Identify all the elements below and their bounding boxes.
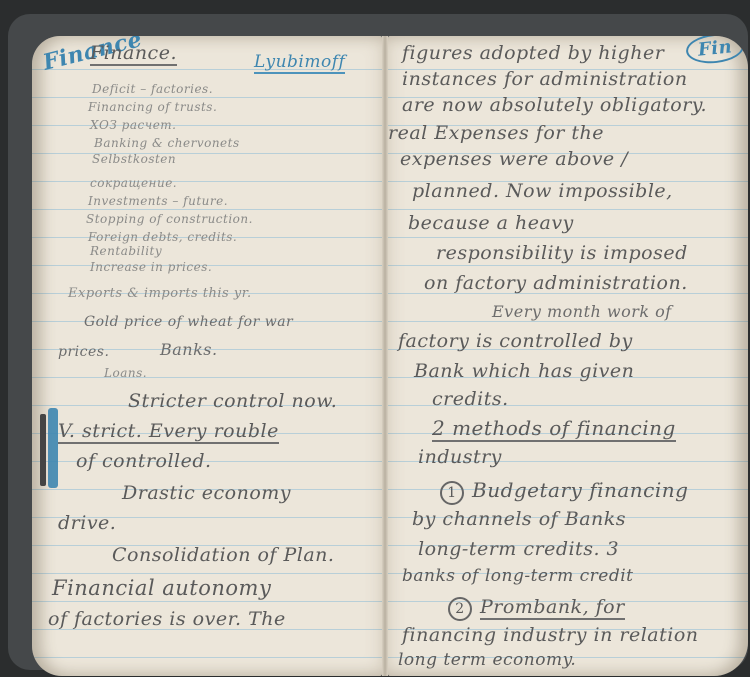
note-line: figures adopted by higher [402,42,664,64]
note-line: Financial autonomy [52,576,271,600]
note-line: because a heavy [408,212,574,234]
note-line: real Expenses for the [388,122,604,144]
note-line-part: V. strict. Every rouble [58,420,279,444]
numbered-item-text: Prombank, for [480,596,625,620]
note-line: Stricter control now. [128,390,337,412]
circled-number: 1 [440,481,464,505]
note-line: of controlled. [76,450,212,472]
topic-item: Financing of trusts. [88,100,217,114]
note-line: Gold price of wheat for war [84,314,293,330]
circled-number: 2 [448,597,472,621]
numbered-item: 2Prombank, for [448,596,625,621]
topic-item: Stopping of construction. [86,212,253,226]
topic-item: Rentability [90,244,162,258]
note-line: are now absolutely obligatory. [402,94,707,116]
topic-item: Banking & chervonets [94,136,240,150]
corner-tag: Fin [684,36,745,66]
topic-item: Foreign debts, credits. [88,230,237,244]
note-line: prices. [58,344,109,360]
note-line: factory is controlled by [398,330,633,352]
margin-mark-blue [48,408,58,488]
note-line: credits. [432,388,509,410]
topic-item: Deficit – factories. [92,82,213,96]
note-line: industry [418,446,502,468]
right-page: Fin figures adopted by higher instances … [388,36,748,676]
topic-item: сокращение. [90,176,177,190]
topic-item: Selbstkosten [92,152,176,166]
numbered-item-text: Budgetary financing [472,478,688,502]
topic-item: Increase in prices. [90,260,212,274]
note-line: Loans. [104,366,147,380]
note-line: Consolidation of Plan. [112,544,334,566]
numbered-item: 1Budgetary financing [440,478,688,505]
note-line: responsibility is imposed [436,242,688,264]
page-heading: Finance. [90,42,177,66]
note-line: Bank which has given [414,360,634,382]
note-line: Banks. [160,340,218,359]
note-line: planned. Now impossible, [412,180,673,202]
notebook: Finance Finance. Lyubimoff Deficit – fac… [8,14,748,670]
topic-item: Investments – future. [88,194,228,208]
note-line: Every month work of [492,302,672,321]
note-line: financing industry in relation [402,624,699,646]
left-page: Finance Finance. Lyubimoff Deficit – fac… [32,36,382,676]
note-line: by channels of Banks [412,508,626,530]
note-line: on factory administration. [424,272,688,294]
note-line: drive. [58,512,116,534]
note-line: instances for administration [402,68,688,90]
note-line: Exports & imports this yr. [68,286,252,301]
note-line: banks of long-term credit [402,566,633,586]
topic-item: ХОЗ расчет. [90,118,177,132]
note-line: long-term credits. 3 [418,538,619,560]
note-line: long term economy. [398,650,576,670]
note-line: Drastic economy [122,482,291,504]
note-line: expenses were above / [400,148,628,170]
note-line: V. strict. Every rouble [58,420,279,442]
name-tag: Lyubimoff [254,52,345,74]
section-heading: 2 methods of financing [432,416,676,442]
note-line: of factories is over. The [48,608,286,630]
margin-mark-pencil [40,414,46,486]
